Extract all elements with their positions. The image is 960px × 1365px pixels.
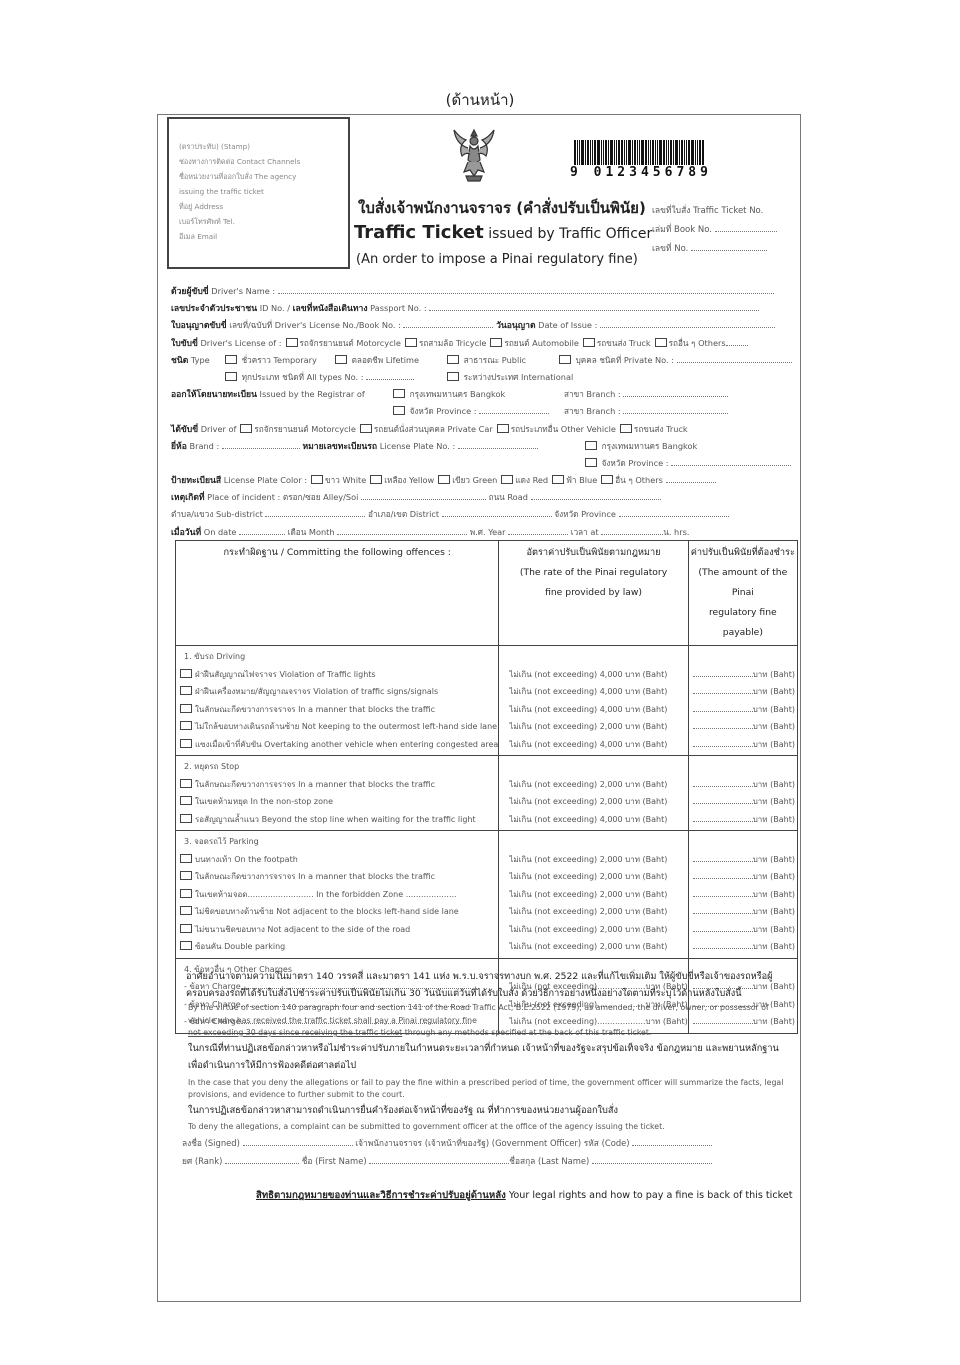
checkbox[interactable] bbox=[655, 338, 667, 347]
stamp-line: issuing the traffic ticket bbox=[179, 184, 342, 199]
ticket-no-label: เลขที่ใบสั่ง Traffic Ticket No. bbox=[652, 202, 777, 221]
section-title: 3. จอดรถไว้ Parking bbox=[180, 833, 498, 851]
legal-p2-thai: ในกรณีที่ท่านปฏิเสธข้อกล่าวหาหรือไม่ชำระ… bbox=[172, 1040, 792, 1074]
license-type-row: ชนิด Type ชั่วคราว Temporary ตลอดชีพ Lif… bbox=[171, 352, 801, 369]
checkbox[interactable] bbox=[180, 924, 192, 933]
offence-table: กระทำผิดฐาน / Committing the following o… bbox=[175, 540, 798, 1034]
checkbox[interactable] bbox=[447, 372, 459, 381]
officer-name-row[interactable]: ยศ (Rank) ชื่อ (First Name) ชื่อสกุล (La… bbox=[172, 1153, 792, 1169]
checkbox[interactable] bbox=[620, 424, 632, 433]
fine-payable-field[interactable]: บาท (Baht) bbox=[693, 851, 795, 869]
fine-rate: ไม่เกิน (not exceeding) 2,000 บาท (Baht) bbox=[509, 793, 687, 811]
fine-payable-field[interactable]: บาท (Baht) bbox=[693, 938, 795, 956]
checkbox[interactable] bbox=[405, 338, 417, 347]
offence-item: บนทางเท้า On the footpath bbox=[180, 851, 498, 869]
checkbox[interactable] bbox=[370, 475, 382, 484]
fine-payable-field[interactable]: บาท (Baht) bbox=[693, 718, 795, 736]
offence-item: ในลักษณะกีดขวางการจราจร In a manner that… bbox=[180, 701, 498, 719]
barcode-digits: 9 0123456789 bbox=[568, 165, 714, 180]
branch-field[interactable]: สาขา Branch : bbox=[564, 403, 728, 420]
plate-province-field[interactable]: จังหวัด Province : bbox=[581, 455, 791, 472]
fine-payable-field[interactable]: บาท (Baht) bbox=[693, 903, 795, 921]
plate-number-field[interactable]: หมายเลขทะเบียนรถ License Plate No. : bbox=[302, 441, 537, 451]
legal-rights-note: สิทธิตามกฎหมายของท่านและวิธีการชำระค่าปร… bbox=[256, 1188, 793, 1203]
driver-name-field[interactable]: ด้วยผู้ขับขี่ Driver's Name : bbox=[171, 283, 801, 300]
payable-list: บาท (Baht)บาท (Baht)บาท (Baht)บาท (Baht)… bbox=[688, 646, 797, 756]
fine-rate: ไม่เกิน (not exceeding) 2,000 บาท (Baht) bbox=[509, 851, 687, 869]
checkbox[interactable] bbox=[601, 475, 613, 484]
header-offences: กระทำผิดฐาน / Committing the following o… bbox=[176, 541, 499, 646]
legal-p1-thai: อาศัยอำนาจตามความในมาตรา 140 วรรคสี่ และ… bbox=[172, 968, 792, 1002]
checkbox[interactable] bbox=[180, 669, 192, 678]
checkbox[interactable] bbox=[225, 355, 237, 364]
checkbox[interactable] bbox=[225, 372, 237, 381]
offence-item: ไม่ชิดขอบทางด้านซ้าย Not adjacent to the… bbox=[180, 903, 498, 921]
checkbox[interactable] bbox=[180, 871, 192, 880]
page-side-label: (ด้านหน้า) bbox=[0, 88, 960, 112]
stamp-box: (ตราประทับ) (Stamp) ช่องทางการติดต่อ Con… bbox=[167, 117, 350, 269]
fine-rate: ไม่เกิน (not exceeding) 2,000 บาท (Baht) bbox=[509, 776, 687, 794]
checkbox[interactable] bbox=[180, 889, 192, 898]
barcode: 9 0123456789 bbox=[568, 140, 748, 182]
offence-list: 2. หยุดรถ Stopในลักษณะกีดขวางการจราจร In… bbox=[176, 756, 499, 831]
stamp-line: ที่อยู่ Address bbox=[179, 199, 342, 214]
title-subtitle: (An order to impose a Pinai regulatory f… bbox=[356, 252, 638, 267]
offence-section: 2. หยุดรถ Stopในลักษณะกีดขวางการจราจร In… bbox=[176, 756, 798, 831]
fine-rate: ไม่เกิน (not exceeding) 2,000 บาท (Baht) bbox=[509, 903, 687, 921]
fine-payable-field[interactable]: บาท (Baht) bbox=[693, 811, 795, 829]
checkbox[interactable] bbox=[490, 338, 502, 347]
issued-by-row: ออกให้โดยนายทะเบียน Issued by the Regist… bbox=[171, 386, 801, 403]
checkbox[interactable] bbox=[335, 355, 347, 364]
issued-by-province-row: จังหวัด Province : สาขา Branch : bbox=[171, 403, 801, 420]
offence-table-header: กระทำผิดฐาน / Committing the following o… bbox=[176, 541, 798, 646]
rate-list: ไม่เกิน (not exceeding) 4,000 บาท (Baht)… bbox=[499, 646, 688, 756]
incident-date-row[interactable]: เมื่อวันที่ On date เดือน Month พ.ศ. Yea… bbox=[171, 524, 801, 541]
license-number-field[interactable]: ใบอนุญาตขับขี่ เลขที่/ฉบับที่ Driver's L… bbox=[171, 317, 801, 334]
fine-rate: ไม่เกิน (not exceeding) 2,000 บาท (Baht) bbox=[509, 938, 687, 956]
plate-color-row: ป้ายทะเบียนสี License Plate Color :ขาว W… bbox=[171, 472, 801, 489]
section-title: 1. ขับรถ Driving bbox=[180, 648, 498, 666]
branch-field[interactable]: สาขา Branch : bbox=[564, 386, 728, 403]
offence-item: ซ้อนคัน Double parking bbox=[180, 938, 498, 956]
garuda-emblem-icon bbox=[450, 126, 498, 184]
offence-item: ฝ่าฝืนสัญญาณไฟจราจร Violation of Traffic… bbox=[180, 666, 498, 684]
checkbox[interactable] bbox=[180, 814, 192, 823]
checkbox[interactable] bbox=[180, 941, 192, 950]
offence-item: ฝ่าฝืนเครื่องหมาย/สัญญาณจราจร Violation … bbox=[180, 683, 498, 701]
offence-item: แซงเมื่อเข้าที่คับขัน Overtaking another… bbox=[180, 736, 498, 754]
offence-item: ในลักษณะกีดขวางการจราจร In a manner that… bbox=[180, 868, 498, 886]
signature-row[interactable]: ลงชื่อ (Signed) เจ้าพนักงานจราจร (เจ้าหน… bbox=[172, 1133, 792, 1153]
stamp-line: (ตราประทับ) (Stamp) bbox=[179, 139, 342, 154]
checkbox[interactable] bbox=[497, 424, 509, 433]
payable-list: บาท (Baht)บาท (Baht)บาท (Baht) bbox=[688, 756, 797, 831]
checkbox[interactable] bbox=[585, 441, 597, 450]
offence-list: 1. ขับรถ Drivingฝ่าฝืนสัญญาณไฟจราจร Viol… bbox=[176, 646, 499, 756]
title-english-rest: issued by Traffic Officer bbox=[484, 226, 653, 242]
legal-p1-english: By the virtue of section 140 paragraph f… bbox=[172, 1002, 792, 1040]
checkbox[interactable] bbox=[180, 854, 192, 863]
checkbox[interactable] bbox=[559, 355, 571, 364]
title-english-bold: Traffic Ticket bbox=[354, 222, 484, 243]
fine-payable-field[interactable]: บาท (Baht) bbox=[693, 666, 795, 684]
checkbox[interactable] bbox=[180, 796, 192, 805]
fine-rate: ไม่เกิน (not exceeding) 4,000 บาท (Baht) bbox=[509, 811, 687, 829]
header-rate: อัตราค่าปรับเป็นพินัยตามกฎหมาย(The rate … bbox=[499, 541, 688, 646]
rate-list: ไม่เกิน (not exceeding) 2,000 บาท (Baht)… bbox=[499, 831, 688, 959]
incident-area-row[interactable]: ตำบล/แขวง Sub-district อำเภอ/เขต Distric… bbox=[171, 506, 801, 523]
book-no-field[interactable]: เล่มที่ Book No. bbox=[652, 221, 777, 240]
fine-rate: ไม่เกิน (not exceeding) 4,000 บาท (Baht) bbox=[509, 666, 687, 684]
checkbox[interactable] bbox=[393, 389, 405, 398]
checkbox[interactable] bbox=[438, 475, 450, 484]
rate-list: ไม่เกิน (not exceeding) 2,000 บาท (Baht)… bbox=[499, 756, 688, 831]
fine-payable-field[interactable]: บาท (Baht) bbox=[693, 886, 795, 904]
title-thai: ใบสั่งเจ้าพนักงานจราจร (คำสั่งปรับเป็นพิ… bbox=[358, 196, 646, 220]
driver-vehicle-fields: ด้วยผู้ขับขี่ Driver's Name : เลขประจำตั… bbox=[171, 283, 801, 541]
fine-rate: ไม่เกิน (not exceeding) 2,000 บาท (Baht) bbox=[509, 718, 687, 736]
checkbox[interactable] bbox=[447, 355, 459, 364]
checkbox[interactable] bbox=[311, 475, 323, 484]
checkbox[interactable] bbox=[180, 686, 192, 695]
brand-plate-row: ยี่ห้อ Brand : หมายเลขทะเบียนรถ License … bbox=[171, 438, 801, 455]
incident-place-row[interactable]: เหตุเกิดที่ Place of incident : ตรอก/ซอย… bbox=[171, 489, 801, 506]
checkbox[interactable] bbox=[501, 475, 513, 484]
fine-rate: ไม่เกิน (not exceeding) 2,000 บาท (Baht) bbox=[509, 886, 687, 904]
plate-province-row: จังหวัด Province : bbox=[171, 455, 801, 472]
fine-payable-field[interactable]: บาท (Baht) bbox=[693, 868, 795, 886]
driver-of-row: ได้ขับขี่ Driver ofรถจักรยานยนต์ Motorcy… bbox=[171, 421, 801, 438]
checkbox[interactable] bbox=[585, 458, 597, 467]
offence-item: ในเขตห้ามจอด.......................... I… bbox=[180, 886, 498, 904]
fine-rate: ไม่เกิน (not exceeding) 2,000 บาท (Baht) bbox=[509, 921, 687, 939]
fine-rate: ไม่เกิน (not exceeding) 4,000 บาท (Baht) bbox=[509, 701, 687, 719]
offence-section: 3. จอดรถไว้ Parkingบนทางเท้า On the foot… bbox=[176, 831, 798, 959]
checkbox[interactable] bbox=[180, 906, 192, 915]
stamp-line: ชื่อหน่วยงานที่ออกใบสั่ง The agency bbox=[179, 169, 342, 184]
fine-payable-field[interactable]: บาท (Baht) bbox=[693, 921, 795, 939]
fine-payable-field[interactable]: บาท (Baht) bbox=[693, 736, 795, 754]
stamp-line: เบอร์โทรศัพท์ Tel. bbox=[179, 214, 342, 229]
checkbox[interactable] bbox=[180, 779, 192, 788]
stamp-line: ช่องทางการติดต่อ Contact Channels bbox=[179, 154, 342, 169]
checkbox[interactable] bbox=[393, 406, 405, 415]
fine-payable-field[interactable]: บาท (Baht) bbox=[693, 793, 795, 811]
id-passport-field[interactable]: เลขประจำตัวประชาชน ID No. / เลขที่หนังสื… bbox=[171, 300, 801, 317]
title-english: Traffic Ticket issued by Traffic Officer bbox=[354, 222, 652, 243]
payable-list: บาท (Baht)บาท (Baht)บาท (Baht)บาท (Baht)… bbox=[688, 831, 797, 959]
legal-p3-english: To deny the allegations, a complaint can… bbox=[172, 1121, 792, 1134]
legal-p2-english: In the case that you deny the allegation… bbox=[172, 1077, 792, 1102]
offence-item: ในลักษณะกีดขวางการจราจร In a manner that… bbox=[180, 776, 498, 794]
license-type-row-2: ทุกประเภท ชนิดที่ All types No. : ระหว่า… bbox=[171, 369, 801, 386]
checkbox[interactable] bbox=[180, 704, 192, 713]
offence-item: ในเขตห้ามหยุด In the non-stop zone bbox=[180, 793, 498, 811]
number-field[interactable]: เลขที่ No. bbox=[652, 240, 777, 259]
legal-notice: อาศัยอำนาจตามความในมาตรา 140 วรรคสี่ และ… bbox=[172, 968, 792, 1169]
fine-payable-field[interactable]: บาท (Baht) bbox=[693, 683, 795, 701]
brand-field[interactable]: ยี่ห้อ Brand : bbox=[171, 441, 300, 451]
license-class-row: ใบขับขี่ Driver's License of :รถจักรยานย… bbox=[171, 335, 801, 352]
fine-rate: ไม่เกิน (not exceeding) 4,000 บาท (Baht) bbox=[509, 736, 687, 754]
ticket-number-block: เลขที่ใบสั่ง Traffic Ticket No. เล่มที่ … bbox=[652, 202, 777, 259]
fine-payable-field[interactable]: บาท (Baht) bbox=[693, 701, 795, 719]
offence-section: 1. ขับรถ Drivingฝ่าฝืนสัญญาณไฟจราจร Viol… bbox=[176, 646, 798, 756]
checkbox[interactable] bbox=[180, 721, 192, 730]
fine-rate: ไม่เกิน (not exceeding) 2,000 บาท (Baht) bbox=[509, 868, 687, 886]
legal-p3-thai: ในการปฏิเสธข้อกล่าวหาสามารถดำเนินการยื่น… bbox=[172, 1102, 792, 1119]
checkbox[interactable] bbox=[583, 338, 595, 347]
fine-payable-field[interactable]: บาท (Baht) bbox=[693, 776, 795, 794]
checkbox[interactable] bbox=[240, 424, 252, 433]
checkbox[interactable] bbox=[180, 739, 192, 748]
fine-rate: ไม่เกิน (not exceeding) 4,000 บาท (Baht) bbox=[509, 683, 687, 701]
checkbox[interactable] bbox=[360, 424, 372, 433]
section-title: 2. หยุดรถ Stop bbox=[180, 758, 498, 776]
checkbox[interactable] bbox=[552, 475, 564, 484]
offence-item: ไม่ใกล้ขอบทางเดินรถด้านซ้าย Not keeping … bbox=[180, 718, 498, 736]
checkbox[interactable] bbox=[286, 338, 298, 347]
header-payable: ค่าปรับเป็นพินัยที่ต้องชำระ(The amount o… bbox=[688, 541, 797, 646]
stamp-line: อีเมล Email bbox=[179, 229, 342, 244]
offence-item: รอสัญญาณล้ำแนว Beyond the stop line when… bbox=[180, 811, 498, 829]
offence-item: ไม่ขนานชิดขอบทาง Not adjacent to the sid… bbox=[180, 921, 498, 939]
offence-list: 3. จอดรถไว้ Parkingบนทางเท้า On the foot… bbox=[176, 831, 499, 959]
